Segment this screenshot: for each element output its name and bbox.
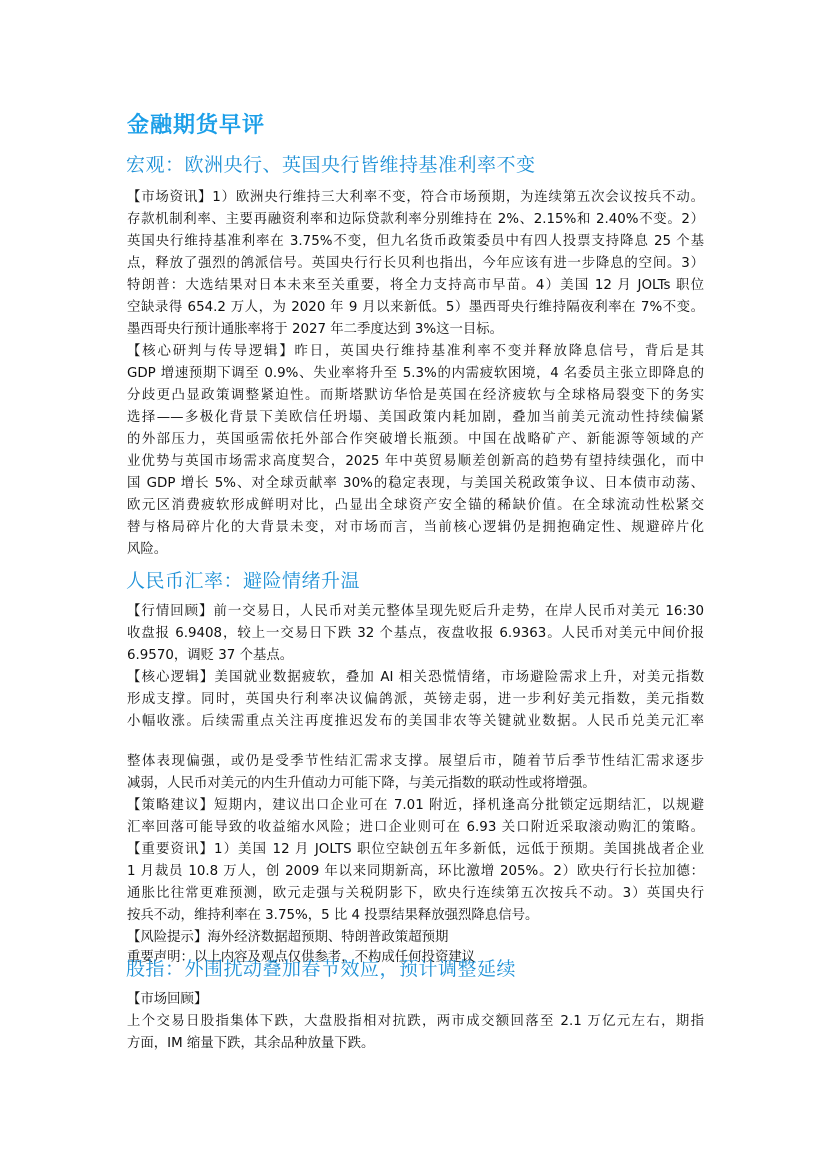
paragraph-line: 形成支撑。同时，英国央行利率决议偏鸽派，英镑走弱，进一步利好美元指数，美元指数	[127, 690, 704, 710]
paragraph-line: 整体表现偏强，或仍是受季节性结汇需求支撑。展望后市，随着节后季节性结汇需求逐步	[127, 752, 704, 772]
paragraph-line: 风险。	[127, 540, 704, 560]
paragraph-line: 国 GDP 增长 5%、对全球贡献率 30%的稳定表现，与美国关税政策争议、日本…	[127, 474, 704, 494]
paragraph-line: 【重要资讯】1）美国 12 月 JOLTS 职位空缺创五年多新低，远低于预期。美…	[127, 840, 704, 860]
paragraph-line: 汇率回落可能导致的收益缩水风险；进口企业则可在 6.93 关口附近采取滚动购汇的…	[127, 818, 704, 838]
paragraph-line: 【核心研判与传导逻辑】昨日，英国央行维持基准利率不变并释放降息信号，背后是其	[127, 342, 704, 362]
paragraph-line: 通胀比往常更难预测，欧元走强与关税阴影下，欧央行连续第五次按兵不动。3）英国央行	[127, 884, 704, 904]
section-heading-rmb: 人民币汇率：避险情绪升温	[126, 566, 360, 593]
section-heading-stock-index: 股指：外围扰动叠加春节效应，预计调整延续	[126, 954, 516, 981]
document-page: 金融期货早评 宏观：欧洲央行、英国央行皆维持基准利率不变 【市场资讯】1）欧洲央…	[0, 0, 826, 1169]
paragraph-line: 6.9570，调贬 37 个基点。	[127, 646, 704, 666]
paragraph-line: 空缺录得 654.2 万人，为 2020 年 9 月以来新低。5）墨西哥央行维持…	[127, 298, 704, 318]
paragraph-line: 小幅收涨。后续需重点关注再度推迟发布的美国非农等关键就业数据。人民币兑美元汇率	[127, 712, 704, 732]
paragraph-line: 替与格局碎片化的大背景未变，对市场而言，当前核心逻辑仍是拥抱确定性、规避碎片化	[127, 518, 704, 538]
paragraph-line: 【市场回顾】	[127, 990, 704, 1010]
paragraph-line: 分歧更凸显政策调整紧迫性。而斯塔默访华恰是英国在经济疲软与全球格局裂变下的务实	[127, 386, 704, 406]
paragraph-line: 欧元区消费疲软形成鲜明对比，凸显出全球资产安全锚的稀缺价值。在全球流动性松紧交	[127, 496, 704, 516]
paragraph-line: GDP 增速预期下调至 0.9%、失业率将升至 5.3%的内需疲软困境，4 名委…	[127, 364, 704, 384]
paragraph-line: 业优势与英国市场需求高度契合，2025 年中英贸易顺差创新高的趋势有望持续强化，…	[127, 452, 704, 472]
section-heading-macro: 宏观：欧洲央行、英国央行皆维持基准利率不变	[126, 150, 536, 177]
paragraph-line: 上个交易日股指集体下跌，大盘股指相对抗跌，两市成交额回落至 2.1 万亿元左右，…	[127, 1012, 704, 1032]
paragraph-line: 【策略建议】短期内，建议出口企业可在 7.01 附近，择机逢高分批锁定远期结汇，…	[127, 796, 704, 816]
paragraph-line: 英国央行维持基准利率在 3.75%不变，但九名货币政策委员中有四人投票支持降息 …	[127, 232, 704, 252]
paragraph-line: 方面，IM 缩量下跌，其余品种放量下跌。	[127, 1034, 704, 1054]
paragraph-line: 【行情回顾】前一交易日，人民币对美元整体呈现先贬后升走势，在岸人民币对美元 16…	[127, 602, 704, 622]
paragraph-line: 按兵不动，维持利率在 3.75%，5 比 4 投票结果释放强烈降息信号。	[127, 906, 704, 926]
paragraph-line: 【核心逻辑】美国就业数据疲软，叠加 AI 相关恐慌情绪，市场避险需求上升，对美元…	[127, 668, 704, 688]
paragraph-line: 墨西哥央行预计通胀率将于 2027 年二季度达到 3%这一目标。	[127, 320, 704, 340]
paragraph-line: 【市场资讯】1）欧洲央行维持三大利率不变，符合市场预期，为连续第五次会议按兵不动…	[127, 188, 704, 208]
paragraph-line: 特朗普：大选结果对日本未来至关重要，将全力支持高市早苗。4）美国 12 月 JO…	[127, 276, 704, 296]
paragraph-line: 的外部压力，英国亟需依托外部合作突破增长瓶颈。中国在战略矿产、新能源等领域的产	[127, 430, 704, 450]
paragraph-line: 1 月裁员 10.8 万人，创 2009 年以来同期新高，环比激增 205%。2…	[127, 862, 704, 882]
risk-warning-line: 【风险提示】海外经济数据超预期、特朗普政策超预期	[127, 928, 704, 948]
paragraph-line: 收盘报 6.9408，较上一交易日下跌 32 个基点，夜盘收报 6.9363。人…	[127, 624, 704, 644]
paragraph-line: 点，释放了强烈的鸽派信号。英国央行行长贝利也指出，今年应该有进一步降息的空间。3…	[127, 254, 704, 274]
paragraph-line: 选择——多极化背景下美欧信任坍塌、美国政策内耗加剧，叠加当前美元流动性持续偏紧	[127, 408, 704, 428]
paragraph-line: 存款机制利率、主要再融资利率和边际贷款利率分别维持在 2%、2.15%和 2.4…	[127, 210, 704, 230]
paragraph-line: 减弱，人民币对美元的内生升值动力可能下降，与美元指数的联动性或将增强。	[127, 774, 704, 794]
page-title: 金融期货早评	[127, 108, 265, 139]
